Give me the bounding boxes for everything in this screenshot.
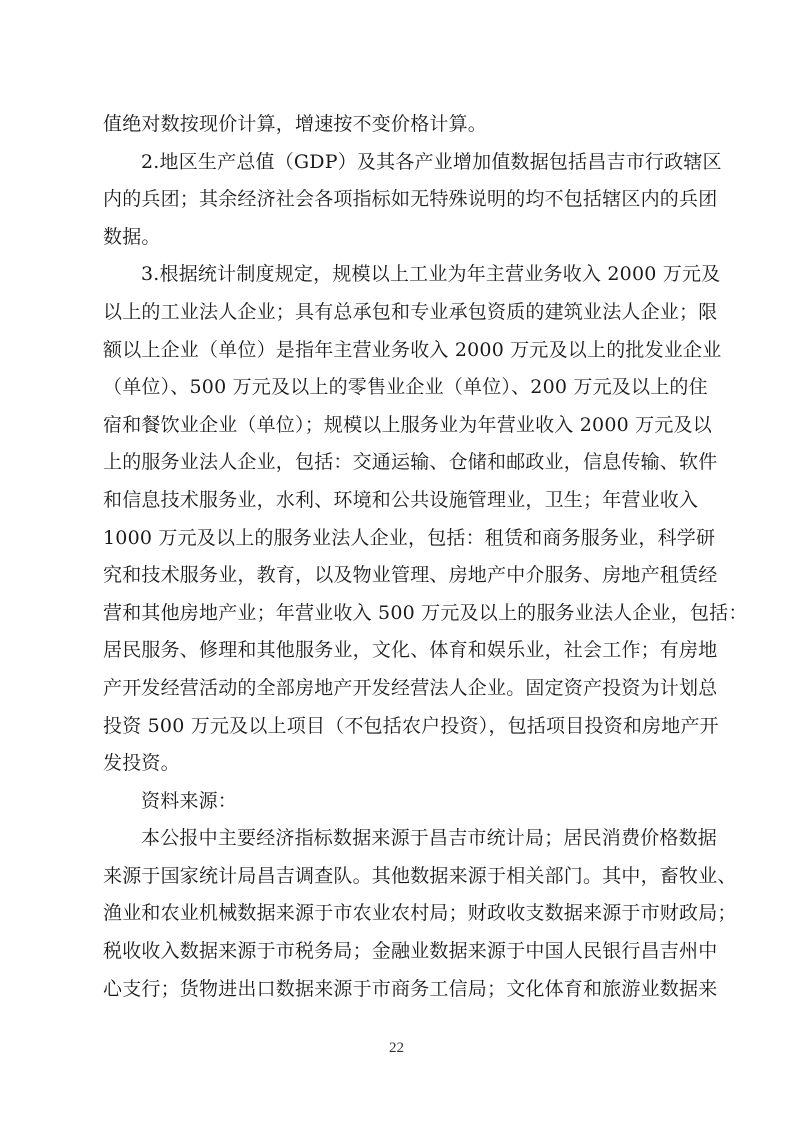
text-line: 宿和餐饮业企业（单位）；规模以上服务业为年营业收入 2000 万元及以 [103,407,693,445]
text-line: 资料来源： [103,783,693,821]
text-line: 居民服务、修理和其他服务业，文化、体育和娱乐业，社会工作；有房地 [103,632,693,670]
text-line: 上的服务业法人企业，包括：交通运输、仓储和邮政业，信息传输、软件 [103,444,693,482]
text-line: 内的兵团；其余经济社会各项指标如无特殊说明的均不包括辖区内的兵团 [103,181,693,219]
text-line: 营和其他房地产业；年营业收入 500 万元及以上的服务业法人企业，包括： [103,595,693,633]
text-line: 税收收入数据来源于市税务局；金融业数据来源于中国人民银行昌吉州中 [103,933,693,971]
text-line: 3.根据统计制度规定，规模以上工业为年主营业务收入 2000 万元及 [103,256,693,294]
paragraph-note-2: 2.地区生产总值（GDP）及其各产业增加值数据包括昌吉市行政辖区内的兵团；其余经… [103,144,693,257]
paragraph-sources-heading: 资料来源： [103,783,693,821]
text-line: （单位）、500 万元及以上的零售业企业（单位）、200 万元及以上的住 [103,369,693,407]
paragraph-note-3: 3.根据统计制度规定，规模以上工业为年主营业务收入 2000 万元及以上的工业法… [103,256,693,782]
paragraph-sources: 本公报中主要经济指标数据来源于昌吉市统计局；居民消费价格数据来源于国家统计局昌吉… [103,820,693,1008]
text-line: 渔业和农业机械数据来源于市农业农村局；财政收支数据来源于市财政局； [103,895,693,933]
text-line: 来源于国家统计局昌吉调查队。其他数据来源于相关部门。其中，畜牧业、 [103,858,693,896]
text-line: 心支行；货物进出口数据来源于市商务工信局；文化体育和旅游业数据来 [103,971,693,1009]
text-line: 本公报中主要经济指标数据来源于昌吉市统计局；居民消费价格数据 [103,820,693,858]
text-line: 投资 500 万元及以上项目（不包括农户投资），包括项目投资和房地产开 [103,708,693,746]
text-line: 1000 万元及以上的服务业法人企业，包括：租赁和商务服务业，科学研 [103,520,693,558]
text-line: 以上的工业法人企业；具有总承包和专业承包资质的建筑业法人企业；限 [103,294,693,332]
text-line: 产开发经营活动的全部房地产开发经营法人企业。固定资产投资为计划总 [103,670,693,708]
page-number: 22 [0,1040,793,1057]
body-text: 值绝对数按现价计算，增速按不变价格计算。2.地区生产总值（GDP）及其各产业增加… [103,106,693,1008]
text-line: 数据。 [103,219,693,257]
text-line: 额以上企业（单位）是指年主营业务收入 2000 万元及以上的批发业企业 [103,332,693,370]
text-line: 究和技术服务业，教育，以及物业管理、房地产中介服务、房地产租赁经 [103,557,693,595]
text-line: 值绝对数按现价计算，增速按不变价格计算。 [103,106,693,144]
paragraph-continuation: 值绝对数按现价计算，增速按不变价格计算。 [103,106,693,144]
text-line: 2.地区生产总值（GDP）及其各产业增加值数据包括昌吉市行政辖区 [103,144,693,182]
document-page: 值绝对数按现价计算，增速按不变价格计算。2.地区生产总值（GDP）及其各产业增加… [0,0,793,1122]
text-line: 发投资。 [103,745,693,783]
text-line: 和信息技术服务业，水利、环境和公共设施管理业，卫生；年营业收入 [103,482,693,520]
